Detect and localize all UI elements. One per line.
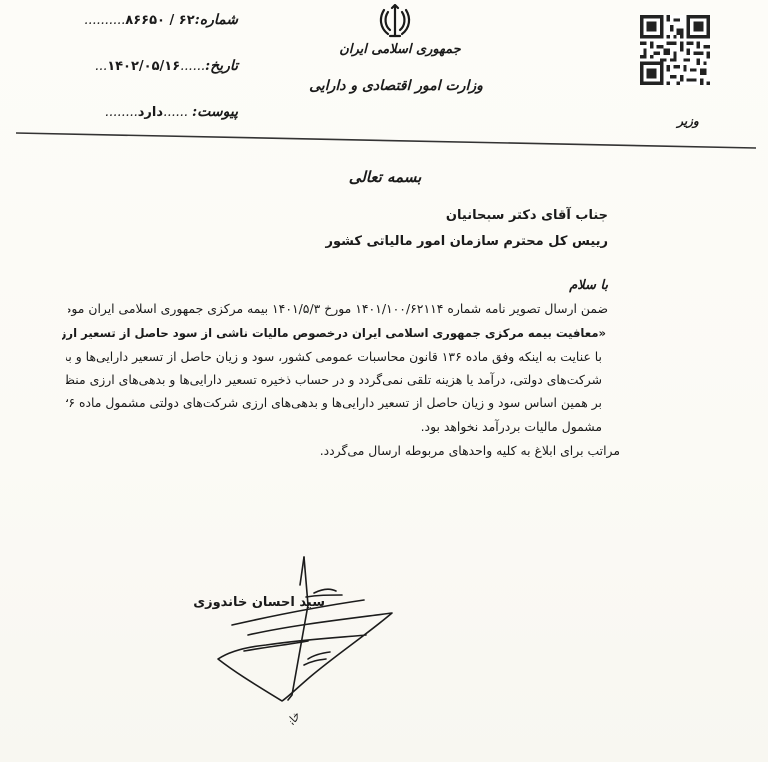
addressee-name: جناب آقای دکتر سبحانیان [446,208,608,223]
body-line-2: «معافیت بیمه مرکزی جمهوری اسلامی ایران د… [62,322,606,344]
dotted-leader: ........ [105,105,138,120]
handwritten-signature-icon: خاندوزی [196,555,426,725]
letter-date-label: تاریخ: [205,58,238,74]
letter-date-value: ۱۴۰۲/۰۵/۱۶ [107,59,180,74]
invocation: بسمه تعالی [330,168,440,186]
letter-attachment-value: دارد [138,105,163,120]
letter-number: شماره:۶۲ / ۸۶۶۵۰.......... [84,12,238,28]
dotted-leader: .......... [84,13,125,28]
body-line-6: مشمول مالیات بردرآمد نخواهد بود. [421,416,602,438]
body-line-5: بر همین اساس سود و زیان حاصل از تسعیر دا… [66,392,602,414]
country-heading: جمهوری اسلامی ایران [330,42,470,57]
header-divider [16,126,756,156]
body-line-3: با عنایت به اینکه وفق ماده ۱۳۶ قانون محا… [66,346,602,368]
dotted-leader: ...... [180,59,205,74]
letter-attachment: پیوست: ......دارد........ [105,104,238,120]
dotted-leader: ... [95,59,107,74]
closing-line: مراتب برای ابلاغ به کلیه واحدهای مربوطه … [320,440,620,462]
qr-code-icon [640,14,710,86]
body-line-4: شرکت‌های دولتی، درآمد یا هزینه تلقی نمی‌… [66,369,602,391]
letter-page: شماره:۶۲ / ۸۶۶۵۰.......... تاریخ:......۱… [0,0,768,762]
letter-date: تاریخ:......۱۴۰۲/۰۵/۱۶... [95,58,238,74]
ministry-heading: وزارت امور اقتصادی و دارایی [296,78,496,94]
addressee-title: رییس کل محترم سازمان امور مالیاتی کشور [326,234,608,249]
greeting: با سلام [569,278,608,293]
letter-number-value: ۶۲ / ۸۶۶۵۰ [125,13,194,28]
dotted-leader: ...... [163,105,192,120]
letter-number-label: شماره: [195,12,238,28]
handwritten-surname: خاندوزی [272,710,302,725]
letter-attachment-label: پیوست: [192,104,238,120]
body-line-1: ضمن ارسال تصویر نامه شماره ۱۴۰۱/۱۰۰/۶۲۱۱… [68,298,608,320]
iran-emblem-icon [378,4,412,40]
